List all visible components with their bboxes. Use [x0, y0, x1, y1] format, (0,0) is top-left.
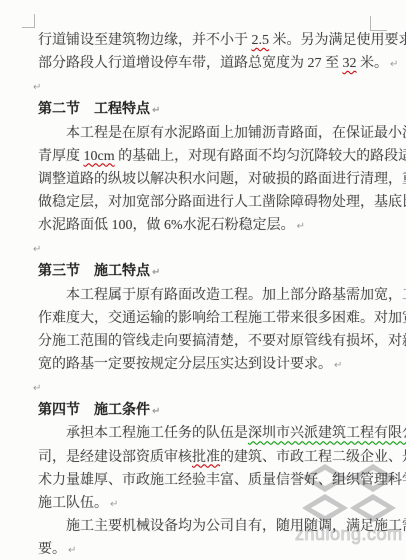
- grammar-underline: 深圳市兴派建筑工程有限公: [248, 426, 406, 441]
- text-line: 施工主要机械设备均为公司自有，随用随调，满足施工需: [38, 515, 374, 538]
- text-line: 做稳定层，对加宽部分路面进行人工凿除障碍物处理，基底比原: [38, 191, 374, 214]
- text-line: 术力量雄厚、市政施工经验丰富、质量信誉好、组织管理科学的: [38, 469, 374, 492]
- paragraph-mark-icon: ↵: [334, 360, 342, 371]
- text-run: 施工主要机械设备均为公司自有，随用随调，满足施工需: [66, 519, 406, 534]
- text-run: 的建筑、市政工程二级企业、是技: [220, 450, 406, 465]
- text-run: 调整道路的纵坡以解决积水问题，对破损的路面进行清理，重新: [38, 172, 406, 187]
- text-line: 本工程属于原有路面改造工程。加上部分路基需加宽，工: [38, 284, 374, 307]
- section-heading: 第二节 工程特点↵: [38, 98, 374, 121]
- text-run: 米。: [357, 56, 389, 71]
- heading-text: 第三节 施工特点: [38, 264, 150, 279]
- text-run: 司，是经建设部资质审核: [38, 450, 192, 465]
- paragraph-mark-icon: ↵: [152, 267, 160, 278]
- text-line: 调整道路的纵坡以解决积水问题，对破损的路面进行清理，重新: [38, 168, 374, 191]
- crop-mark-top-left-icon: [22, 14, 35, 28]
- text-run: 的基础上，对现有路面不均匀沉降较大的路段适当: [115, 149, 406, 164]
- spellcheck-underline: 32: [343, 56, 357, 71]
- paragraph-mark-icon: ↵: [33, 82, 41, 93]
- paragraph-mark-icon: ↵: [110, 499, 118, 510]
- text-run: 术力量雄厚、市政施工经验丰富、质量信誉好、组织管理科学的: [38, 473, 406, 488]
- text-line: 作难度大，交通运输的影响给工程施工带来很多困难。对加宽部: [38, 307, 374, 330]
- text-line: 分施工范围的管线走向要搞清楚，不要对原管线有损坏，对新加: [38, 330, 374, 353]
- crop-mark-top-right-icon: [370, 16, 387, 31]
- empty-line: ↵: [38, 75, 374, 98]
- text-run: 青厚度: [38, 149, 84, 164]
- text-run: 作难度大，交通运输的影响给工程施工带来很多困难。对加宽部: [38, 311, 406, 326]
- text-line: 要。↵: [38, 538, 374, 560]
- text-run: 要。: [38, 542, 66, 557]
- paragraph-mark-icon: ↵: [68, 545, 76, 556]
- text-line: 青厚度 10cm 的基础上，对现有路面不均匀沉降较大的路段适当: [38, 145, 374, 168]
- text-line: 部分路段人行道增设停车带，道路总宽度为 27 至 32 米。↵: [38, 52, 374, 75]
- empty-line: ↵: [38, 376, 374, 399]
- text-line: 承担本工程施工任务的队伍是深圳市兴派建筑工程有限公: [38, 422, 374, 445]
- text-line: 宽的路基一定要按规定分层压实达到设计要求。↵: [38, 353, 374, 376]
- text-line: 本工程是在原有水泥路面上加铺沥青路面，在保证最小沥: [38, 122, 374, 145]
- text-run: 本工程是在原有水泥路面上加铺沥青路面，在保证最小沥: [66, 126, 406, 141]
- spellcheck-underline: 批准: [192, 450, 220, 465]
- paragraph-mark-icon: ↵: [152, 105, 160, 116]
- text-run: 行道铺设至建筑物边缘，并不小于: [38, 33, 252, 48]
- paragraph-mark-icon: ↵: [33, 383, 41, 394]
- text-run: 部分路段人行道增设停车带，道路总宽度为 27 至: [38, 56, 343, 71]
- section-heading: 第四节 施工条件↵: [38, 399, 374, 422]
- text-run: 承担本工程施工任务的队伍是: [66, 426, 248, 441]
- document-page: zhulong.com 行道铺设至建筑物边缘，并不小于 2.5 米。另为满足使用…: [0, 0, 406, 560]
- text-line: 施工队伍。↵: [38, 492, 374, 515]
- text-run: 做稳定层，对加宽部分路面进行人工凿除障碍物处理，基底比原: [38, 195, 406, 210]
- text-line: 司，是经建设部资质审核批准的建筑、市政工程二级企业、是技: [38, 446, 374, 469]
- section-heading: 第三节 施工特点↵: [38, 260, 374, 283]
- paragraph-mark-icon: ↵: [297, 221, 305, 232]
- text-run: 分施工范围的管线走向要搞清楚，不要对原管线有损坏，对新加: [38, 334, 406, 349]
- text-run: 施工队伍。: [38, 496, 108, 511]
- spellcheck-underline: 10cm: [84, 149, 115, 164]
- heading-text: 第四节 施工条件: [38, 403, 150, 418]
- text-run: 水泥路面低 100，做 6%水泥石粉稳定层。: [38, 218, 295, 233]
- text-run: 米。另为满足使用要求，: [269, 33, 406, 48]
- spellcheck-underline: 2.5: [252, 33, 270, 48]
- paragraph-mark-icon: ↵: [33, 244, 41, 255]
- document-text: 行道铺设至建筑物边缘，并不小于 2.5 米。另为满足使用要求， 部分路段人行道增…: [38, 29, 374, 560]
- text-run: 本工程属于原有路面改造工程。加上部分路基需加宽，工: [66, 288, 406, 303]
- paragraph-mark-icon: ↵: [152, 406, 160, 417]
- text-line: 水泥路面低 100，做 6%水泥石粉稳定层。↵: [38, 214, 374, 237]
- paragraph-mark-icon: ↵: [390, 59, 398, 70]
- heading-text: 第二节 工程特点: [38, 102, 150, 117]
- empty-line: ↵: [38, 237, 374, 260]
- text-run: 宽的路基一定要按规定分层压实达到设计要求。: [38, 357, 332, 372]
- text-line: 行道铺设至建筑物边缘，并不小于 2.5 米。另为满足使用要求，: [38, 29, 374, 52]
